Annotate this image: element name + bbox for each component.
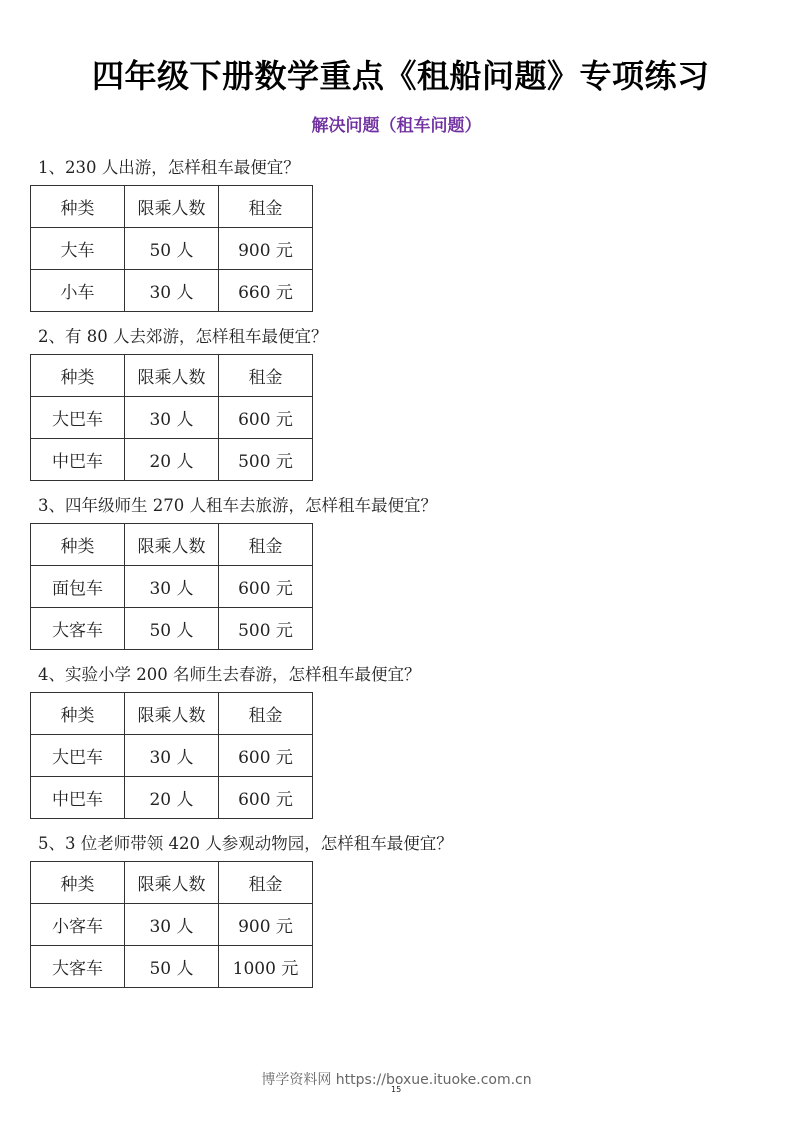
page-number: 15 (391, 1085, 401, 1094)
price-cell: 660 元 (219, 270, 313, 312)
fare-table: 种类 限乘人数 租金 大巴车 30 人 600 元 中巴车 20 人 500 元 (30, 354, 313, 481)
vehicle-type-cell: 中巴车 (31, 439, 125, 481)
vehicle-type-cell: 中巴车 (31, 777, 125, 819)
price-cell: 900 元 (219, 228, 313, 270)
header-cell: 限乘人数 (125, 186, 219, 228)
problem-2: 2、有 80 人去郊游，怎样租车最便宜？ 种类 限乘人数 租金 大巴车 30 人… (30, 324, 327, 481)
price-cell: 600 元 (219, 735, 313, 777)
price-cell: 1000 元 (219, 946, 313, 988)
vehicle-type-cell: 大车 (31, 228, 125, 270)
capacity-cell: 30 人 (125, 735, 219, 777)
capacity-cell: 30 人 (125, 566, 219, 608)
header-cell: 限乘人数 (125, 355, 219, 397)
problem-question: 4、实验小学 200 名师生去春游，怎样租车最便宜？ (38, 662, 420, 688)
table-row: 大客车 50 人 1000 元 (31, 946, 313, 988)
page-title: 四年级下册数学重点《租船问题》专项练习 (92, 52, 772, 100)
capacity-cell: 30 人 (125, 904, 219, 946)
header-cell: 种类 (31, 355, 125, 397)
vehicle-type-cell: 小车 (31, 270, 125, 312)
table-row: 小客车 30 人 900 元 (31, 904, 313, 946)
header-cell: 租金 (219, 186, 313, 228)
header-cell: 限乘人数 (125, 524, 219, 566)
problem-question: 3、四年级师生 270 人租车去旅游，怎样租车最便宜？ (38, 493, 437, 519)
header-cell: 种类 (31, 524, 125, 566)
capacity-cell: 30 人 (125, 270, 219, 312)
header-cell: 租金 (219, 693, 313, 735)
header-cell: 种类 (31, 186, 125, 228)
vehicle-type-cell: 大巴车 (31, 397, 125, 439)
capacity-cell: 50 人 (125, 946, 219, 988)
header-cell: 种类 (31, 862, 125, 904)
table-row: 大车 50 人 900 元 (31, 228, 313, 270)
price-cell: 600 元 (219, 777, 313, 819)
fare-table: 种类 限乘人数 租金 小客车 30 人 900 元 大客车 50 人 1000 … (30, 861, 313, 988)
table-row: 大巴车 30 人 600 元 (31, 397, 313, 439)
header-cell: 租金 (219, 524, 313, 566)
table-header-row: 种类 限乘人数 租金 (31, 186, 313, 228)
fare-table: 种类 限乘人数 租金 大车 50 人 900 元 小车 30 人 660 元 (30, 185, 313, 312)
header-cell: 限乘人数 (125, 862, 219, 904)
capacity-cell: 20 人 (125, 439, 219, 481)
capacity-cell: 50 人 (125, 228, 219, 270)
price-cell: 600 元 (219, 397, 313, 439)
price-cell: 900 元 (219, 904, 313, 946)
problem-4: 4、实验小学 200 名师生去春游，怎样租车最便宜？ 种类 限乘人数 租金 大巴… (30, 662, 420, 819)
problem-question: 1、230 人出游，怎样租车最便宜？ (38, 155, 313, 181)
problem-3: 3、四年级师生 270 人租车去旅游，怎样租车最便宜？ 种类 限乘人数 租金 面… (30, 493, 437, 650)
problem-1: 1、230 人出游，怎样租车最便宜？ 种类 限乘人数 租金 大车 50 人 90… (30, 155, 313, 312)
table-row: 面包车 30 人 600 元 (31, 566, 313, 608)
table-row: 大巴车 30 人 600 元 (31, 735, 313, 777)
price-cell: 600 元 (219, 566, 313, 608)
price-cell: 500 元 (219, 439, 313, 481)
vehicle-type-cell: 面包车 (31, 566, 125, 608)
vehicle-type-cell: 大客车 (31, 608, 125, 650)
problem-question: 2、有 80 人去郊游，怎样租车最便宜？ (38, 324, 327, 350)
vehicle-type-cell: 小客车 (31, 904, 125, 946)
vehicle-type-cell: 大巴车 (31, 735, 125, 777)
price-cell: 500 元 (219, 608, 313, 650)
vehicle-type-cell: 大客车 (31, 946, 125, 988)
capacity-cell: 30 人 (125, 397, 219, 439)
header-cell: 租金 (219, 355, 313, 397)
table-row: 中巴车 20 人 500 元 (31, 439, 313, 481)
table-row: 大客车 50 人 500 元 (31, 608, 313, 650)
capacity-cell: 50 人 (125, 608, 219, 650)
table-header-row: 种类 限乘人数 租金 (31, 693, 313, 735)
table-row: 小车 30 人 660 元 (31, 270, 313, 312)
section-subtitle: 解决问题（租车问题） (0, 112, 793, 140)
fare-table: 种类 限乘人数 租金 大巴车 30 人 600 元 中巴车 20 人 600 元 (30, 692, 313, 819)
capacity-cell: 20 人 (125, 777, 219, 819)
table-row: 中巴车 20 人 600 元 (31, 777, 313, 819)
header-cell: 种类 (31, 693, 125, 735)
table-header-row: 种类 限乘人数 租金 (31, 355, 313, 397)
table-header-row: 种类 限乘人数 租金 (31, 524, 313, 566)
header-cell: 限乘人数 (125, 693, 219, 735)
table-header-row: 种类 限乘人数 租金 (31, 862, 313, 904)
fare-table: 种类 限乘人数 租金 面包车 30 人 600 元 大客车 50 人 500 元 (30, 523, 313, 650)
problem-5: 5、3 位老师带领 420 人参观动物园，怎样租车最便宜？ 种类 限乘人数 租金… (30, 831, 453, 988)
header-cell: 租金 (219, 862, 313, 904)
problem-question: 5、3 位老师带领 420 人参观动物园，怎样租车最便宜？ (38, 831, 453, 857)
